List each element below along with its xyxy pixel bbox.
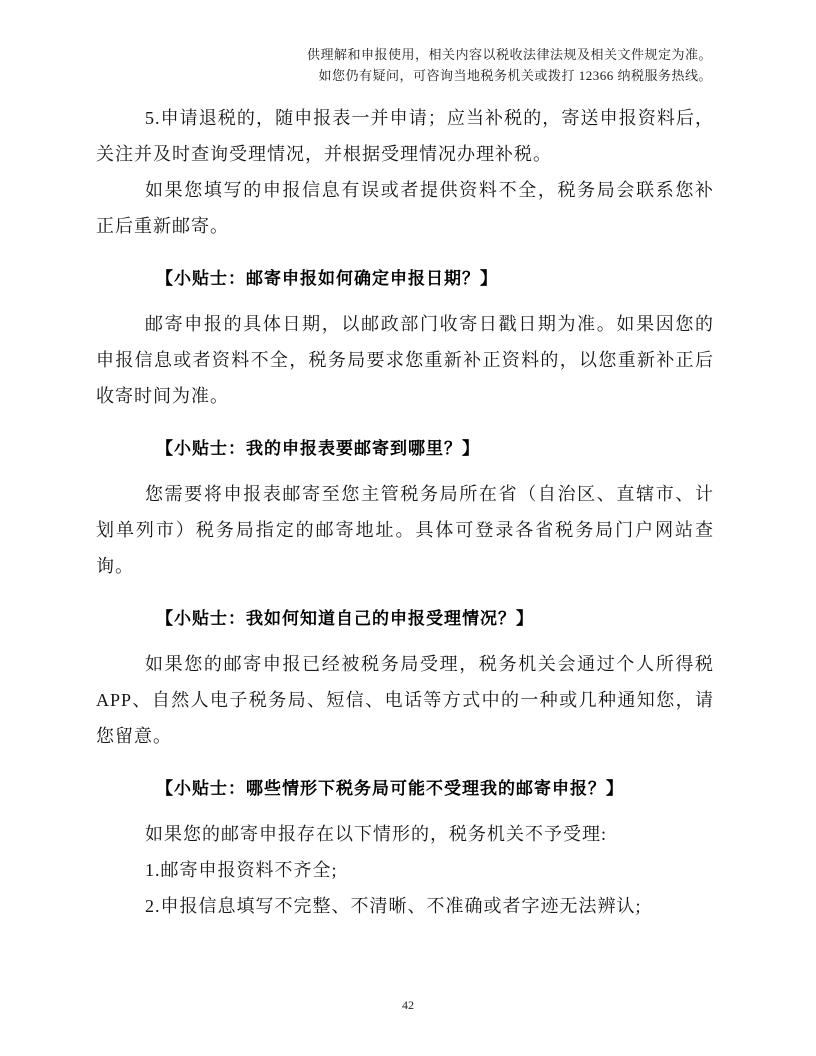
list-item-rejection-2: 2.申报信息填写不完整、不清晰、不准确或者字迹无法辨认; [96, 888, 714, 924]
tip-heading-acceptance-status: 【小贴士：我如何知道自己的申报受理情况？】 [96, 601, 714, 637]
tip-heading-rejection-cases: 【小贴士：哪些情形下税务局可能不受理我的邮寄申报？】 [96, 771, 714, 807]
document-body: 5.申请退税的，随申报表一并申请；应当补税的，寄送申报资料后，关注并及时查询受理… [96, 100, 714, 924]
paragraph-acceptance-status: 如果您的邮寄申报已经被税务局受理，税务机关会通过个人所得税 APP、自然人电子税… [96, 646, 714, 754]
paragraph-mail-where: 您需要将申报表邮寄至您主管税务局所在省（自治区、直辖市、计划单列市）税务局指定的… [96, 476, 714, 584]
paragraph-refund-apply: 5.申请退税的，随申报表一并申请；应当补税的，寄送申报资料后，关注并及时查询受理… [96, 100, 714, 172]
paragraph-rejection-intro: 如果您的邮寄申报存在以下情形的，税务机关不予受理: [96, 816, 714, 852]
header-note-line1: 供理解和申报使用，相关内容以税收法律法规及相关文件规定为准。 [96, 44, 712, 65]
paragraph-mail-date: 邮寄申报的具体日期，以邮政部门收寄日戳日期为准。如果因您的申报信息或者资料不全，… [96, 306, 714, 414]
tip-heading-mail-where: 【小贴士：我的申报表要邮寄到哪里？】 [96, 431, 714, 467]
tip-heading-mail-date: 【小贴士：邮寄申报如何确定申报日期？】 [96, 261, 714, 297]
page-number: 42 [402, 998, 414, 1012]
header-note: 供理解和申报使用，相关内容以税收法律法规及相关文件规定为准。 如您仍有疑问，可咨… [96, 44, 712, 86]
header-note-line2: 如您仍有疑问，可咨询当地税务机关或拨打 12366 纳税服务热线。 [96, 65, 712, 86]
page-footer: 42 [0, 998, 816, 1012]
list-item-rejection-1: 1.邮寄申报资料不齐全; [96, 852, 714, 888]
paragraph-info-error: 如果您填写的申报信息有误或者提供资料不全，税务局会联系您补正后重新邮寄。 [96, 172, 714, 244]
document-page: 供理解和申报使用，相关内容以税收法律法规及相关文件规定为准。 如您仍有疑问，可咨… [0, 0, 816, 1056]
